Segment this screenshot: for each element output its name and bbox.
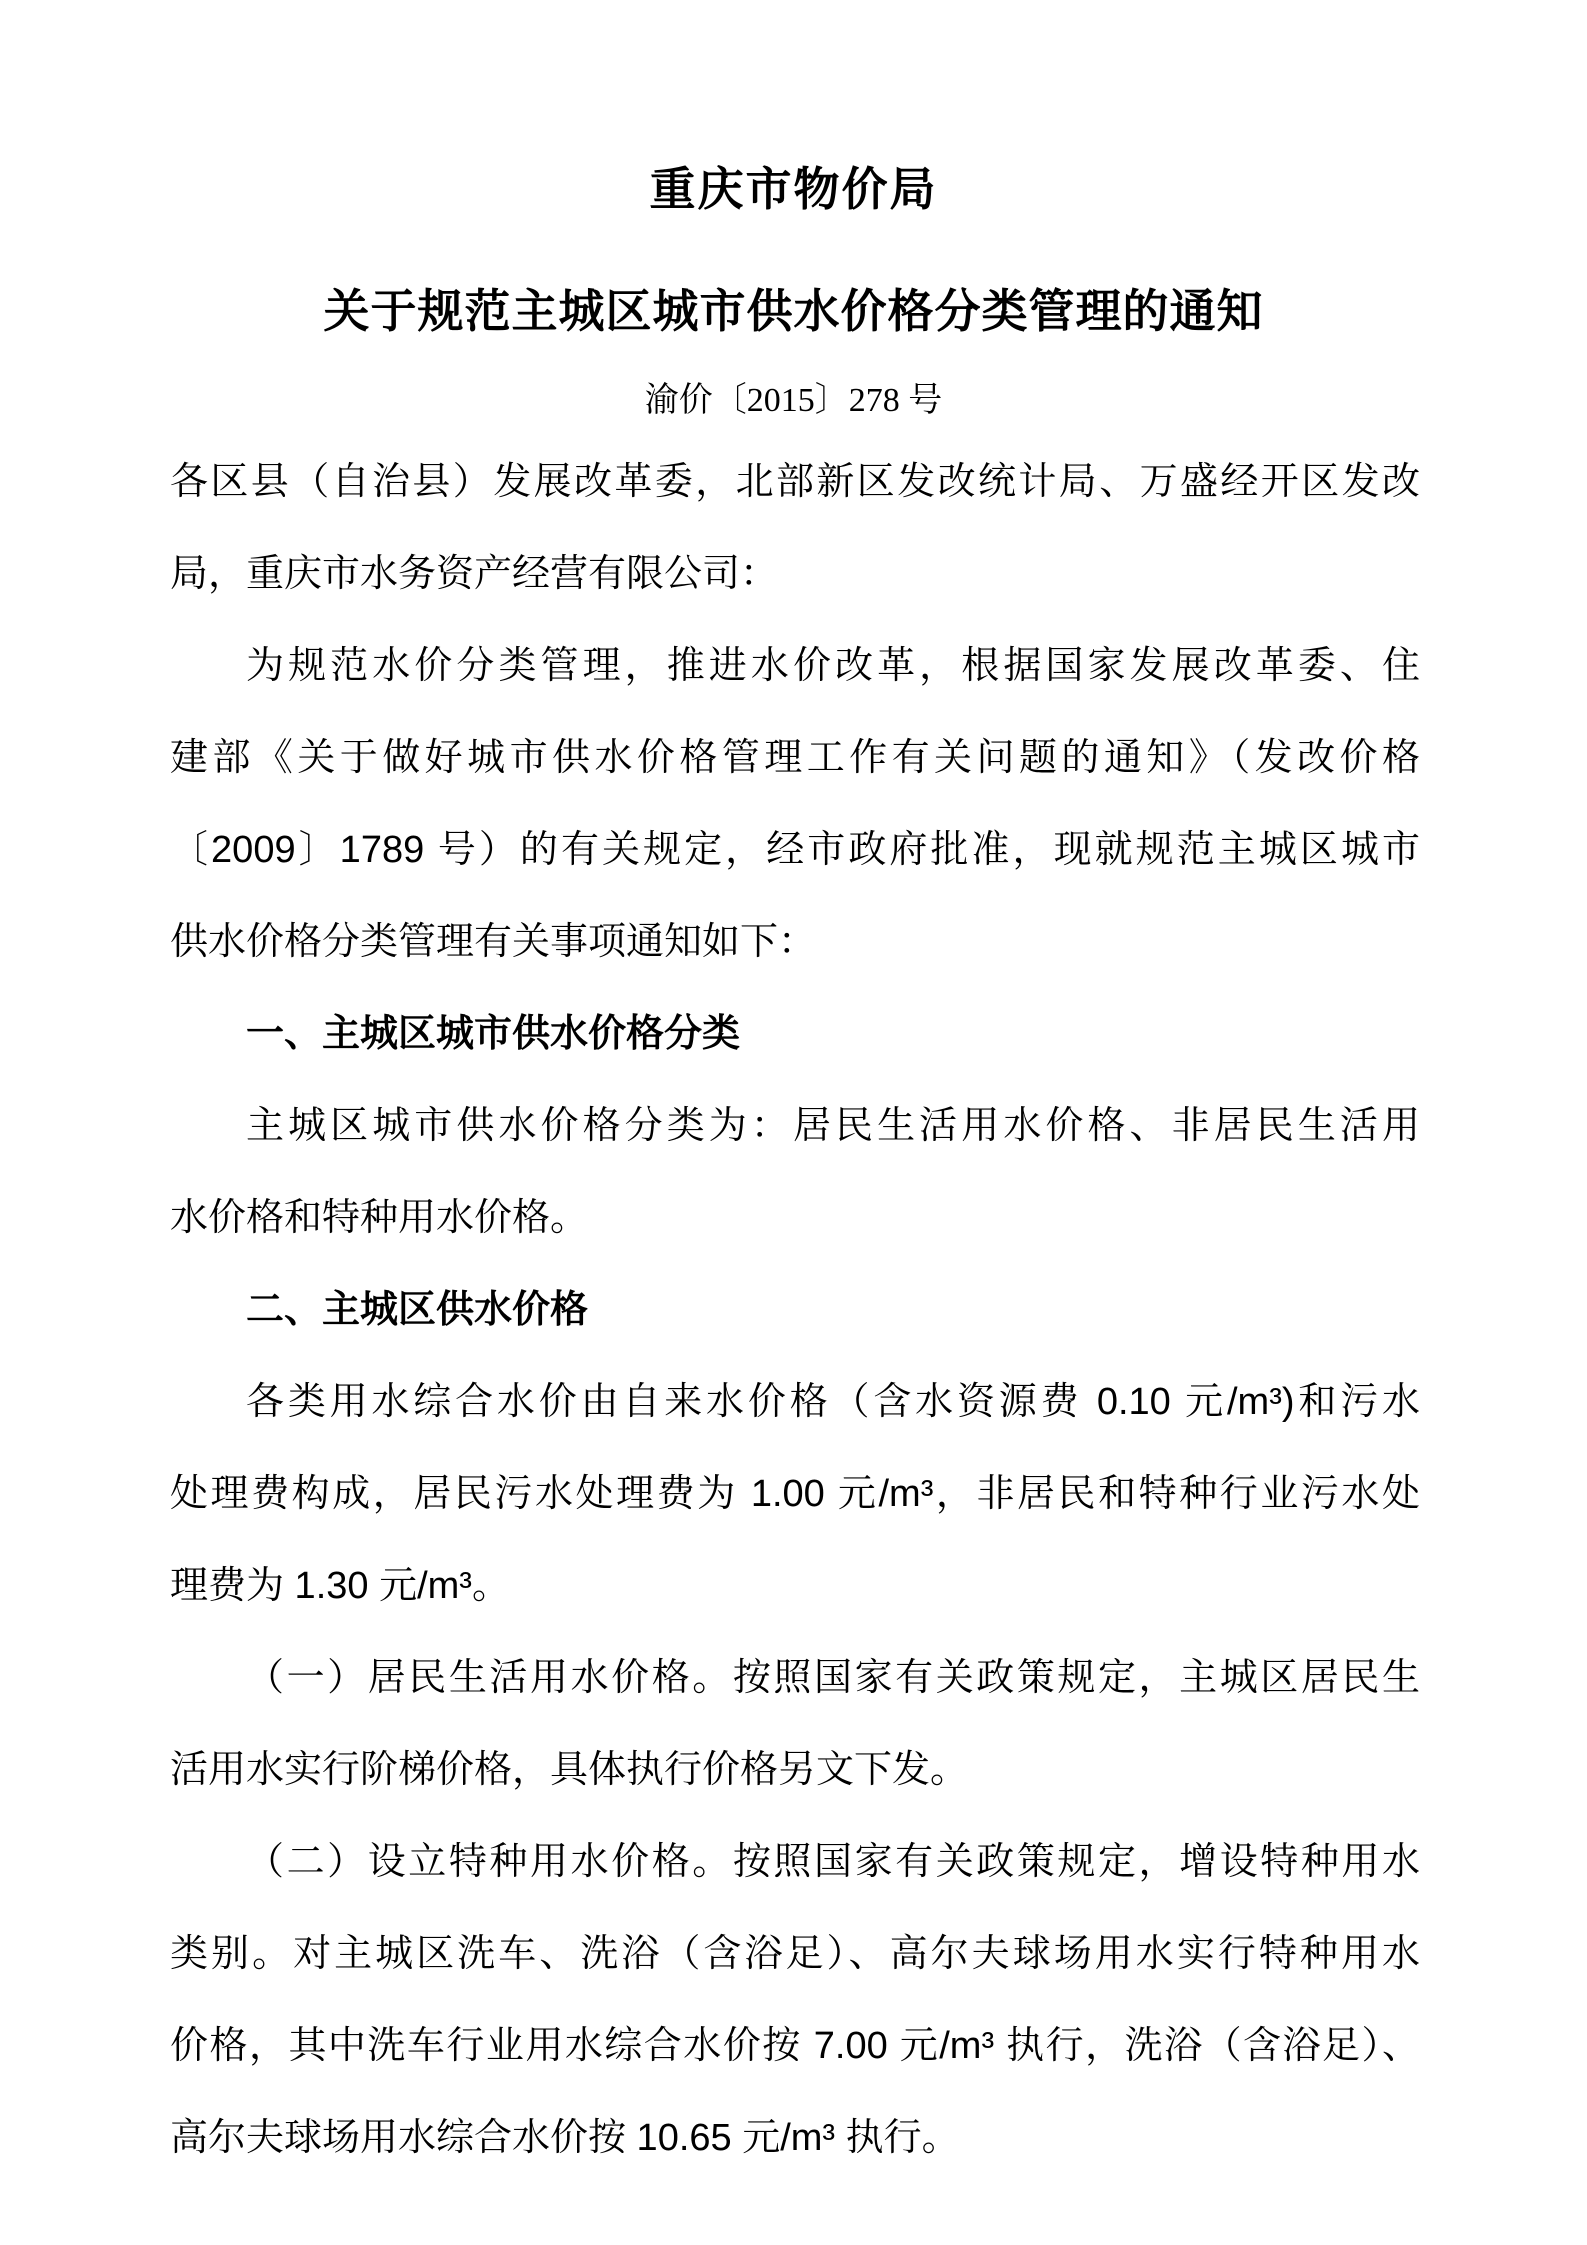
document-line: 水价格和特种用水价格。 (170, 1172, 1420, 1264)
document-line: （一）居民生活用水价格。按照国家有关政策规定，主城区居民生 (170, 1632, 1420, 1724)
document-line: 主城区城市供水价格分类为：居民生活用水价格、非居民生活用 (170, 1080, 1420, 1172)
issuer-title: 重庆市物价局 (0, 150, 1587, 230)
document-line: 价格，其中洗车行业用水综合水价按 7.00 元/m³ 执行，洗浴（含浴足）、 (170, 2000, 1420, 2092)
doc-number: 渝价〔2015〕278 号 (0, 366, 1587, 436)
document-line: 〔2009〕1789 号）的有关规定，经市政府批准，现就规范主城区城市 (170, 804, 1420, 896)
document-line: 类别。对主城区洗车、洗浴（含浴足）、高尔夫球场用水实行特种用水 (170, 1908, 1420, 2000)
document-line: 为规范水价分类管理，推进水价改革，根据国家发展改革委、住 (170, 620, 1420, 712)
notice-title: 关于规范主城区城市供水价格分类管理的通知 (0, 272, 1587, 352)
section-heading: 二、主城区供水价格 (170, 1264, 1420, 1356)
document-page: 重庆市物价局 关于规范主城区城市供水价格分类管理的通知 渝价〔2015〕278 … (0, 0, 1587, 2245)
document-line: 局，重庆市水务资产经营有限公司： (170, 528, 1420, 620)
document-line: 理费为 1.30 元/m³。 (170, 1540, 1420, 1632)
document-line: 各区县（自治县）发展改革委，北部新区发改统计局、万盛经开区发改 (170, 436, 1420, 528)
document-line: 高尔夫球场用水综合水价按 10.65 元/m³ 执行。 (170, 2092, 1420, 2184)
document-line: 建部《关于做好城市供水价格管理工作有关问题的通知》（发改价格 (170, 712, 1420, 804)
document-line: 活用水实行阶梯价格，具体执行价格另文下发。 (170, 1724, 1420, 1816)
document-line: 各类用水综合水价由自来水价格（含水资源费 0.10 元/m³)和污水 (170, 1356, 1420, 1448)
document-line: 处理费构成，居民污水处理费为 1.00 元/m³，非居民和特种行业污水处 (170, 1448, 1420, 1540)
document-line: （二）设立特种用水价格。按照国家有关政策规定，增设特种用水 (170, 1816, 1420, 1908)
body-text: 各区县（自治县）发展改革委，北部新区发改统计局、万盛经开区发改 局，重庆市水务资… (170, 436, 1420, 2184)
section-heading: 一、主城区城市供水价格分类 (170, 988, 1420, 1080)
document-line: 供水价格分类管理有关事项通知如下： (170, 896, 1420, 988)
